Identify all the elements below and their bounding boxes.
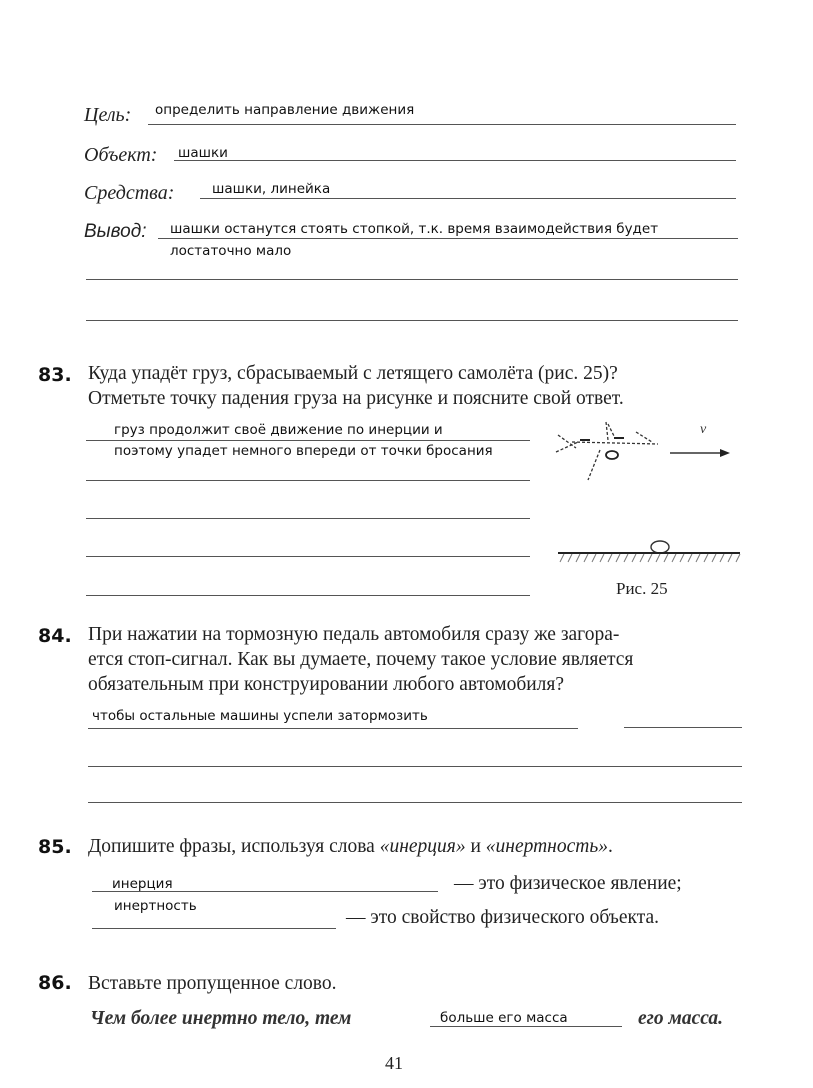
q83-line-2 [86, 480, 530, 481]
question-85-text-suffix: . [608, 836, 613, 857]
q86-sentence-end: его масса. [638, 1008, 723, 1030]
q85-answer2[interactable]: инертность [114, 898, 197, 914]
q84-line-3 [88, 802, 742, 803]
question-84-text-line3: обязательным при конструировании любого … [88, 672, 633, 697]
landing-point-icon [651, 541, 669, 553]
tools-answer-line [200, 198, 736, 199]
goal-answer-line [148, 124, 736, 125]
question-86-text: Вставьте пропущенное слово. [88, 971, 337, 996]
q85-phrase1: — это физическое явление; [454, 871, 682, 896]
q85-answer1[interactable]: инерция [112, 876, 173, 892]
q85-phrase2: — это свойство физического объекта. [346, 905, 659, 930]
page-number: 41 [385, 1053, 403, 1074]
question-85-text: Допишите фразы, используя слова «инерция… [88, 834, 613, 859]
conclusion-line-3 [86, 320, 738, 321]
word-inertia: «инерция» [380, 836, 466, 857]
airplane-drop-diagram [548, 420, 748, 580]
conclusion-answer-line2[interactable]: лостаточно мало [170, 243, 291, 259]
q83-line-5 [86, 595, 530, 596]
q83-line-3 [86, 518, 530, 519]
question-84-number: 84. [38, 625, 72, 647]
tools-answer[interactable]: шашки, линейка [212, 181, 330, 197]
q83-line-4 [86, 556, 530, 557]
q85-line-1 [92, 891, 438, 892]
airplane-icon [556, 422, 658, 480]
question-83-text: Куда упадёт груз, сбрасываемый с летящег… [88, 361, 624, 411]
q84-line-2 [88, 766, 742, 767]
velocity-label: v [700, 422, 706, 438]
q84-line-1a [88, 728, 578, 729]
question-84-text-line1: При нажатии на тормозную педаль автомоби… [88, 622, 633, 647]
conclusion-line-1 [158, 238, 738, 239]
question-85-text-prefix: Допишите фразы, используя слова [88, 836, 380, 857]
conclusion-answer-line1[interactable]: шашки останутся стоять стопкой, т.к. вре… [170, 221, 658, 237]
q83-line-1 [86, 440, 530, 441]
q83-answer-line1[interactable]: груз продолжит своё движение по инерции … [114, 422, 443, 438]
figure-25: v [548, 420, 748, 580]
figure-25-caption: Рис. 25 [616, 579, 668, 599]
q85-line-2 [92, 928, 336, 929]
object-label: Объект: [84, 144, 157, 167]
q84-answer-line1[interactable]: чтобы остальные машины успели затормозит… [92, 708, 428, 724]
q86-answer[interactable]: больше его масса [440, 1010, 568, 1026]
q84-line-1b [624, 727, 742, 728]
question-86-number: 86. [38, 972, 72, 994]
object-answer-line [174, 160, 736, 161]
q86-answer-line [430, 1026, 622, 1027]
goal-label: Цель: [84, 104, 131, 127]
question-85-number: 85. [38, 836, 72, 858]
object-answer[interactable]: шашки [178, 145, 228, 161]
tools-label: Средства: [84, 182, 174, 205]
conclusion-label: Вывод: [84, 221, 147, 243]
goal-answer[interactable]: определить направление движения [155, 102, 414, 118]
word-inertness: «инертность» [486, 836, 608, 857]
question-83-text-line2: Отметьте точку падения груза на рисунке … [88, 386, 624, 411]
q86-sentence-start: Чем более инертно тело, тем [90, 1008, 351, 1030]
question-83-number: 83. [38, 364, 72, 386]
question-85-text-and: и [466, 836, 486, 857]
question-84-text-line2: ется стоп-сигнал. Как вы думаете, почему… [88, 647, 633, 672]
cargo-icon [606, 451, 618, 459]
q83-answer-line2[interactable]: поэтому упадет немного впереди от точки … [114, 443, 493, 459]
question-83-text-line1: Куда упадёт груз, сбрасываемый с летящег… [88, 361, 624, 386]
question-84-text: При нажатии на тормозную педаль автомоби… [88, 622, 633, 697]
conclusion-line-2 [86, 279, 738, 280]
